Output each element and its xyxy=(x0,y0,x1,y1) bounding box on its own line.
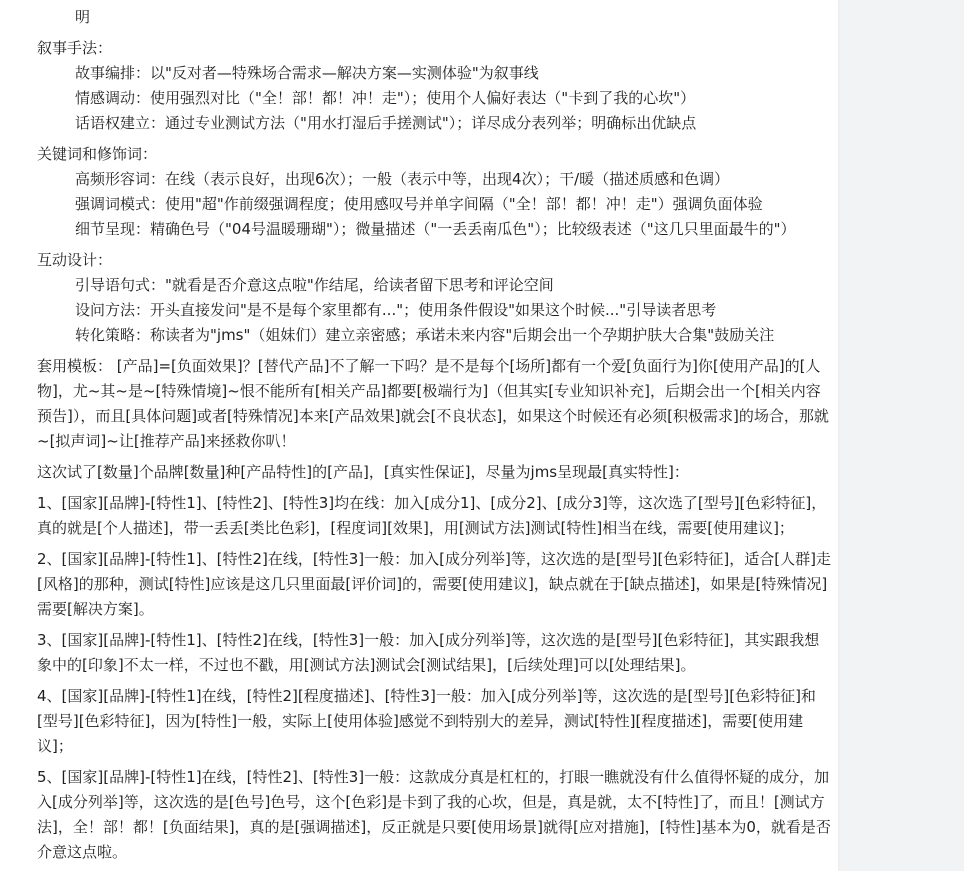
list-item-3: 3、[国家][品牌]-[特性1]、[特性2]在线，[特性3]一般：加入[成分列举… xyxy=(37,628,831,678)
section-item: 细节呈现：精确色号（"04号温暖珊瑚"）；微量描述（"一丢丢南瓜色"）；比较级表… xyxy=(37,217,831,242)
section-item: 情感调动：使用强烈对比（"全！部！都！冲！走"）；使用个人偏好表达（"卡到了我的… xyxy=(37,86,831,111)
list-item-2: 2、[国家][品牌]-[特性1]、[特性2]在线，[特性3]一般：加入[成分列举… xyxy=(37,547,831,622)
section-item: 故事编排：以"反对者—特殊场合需求—解决方案—实测体验"为叙事线 xyxy=(37,61,831,86)
paragraph-template: 套用模板： [产品]=[负面效果]？[替代产品]不了解一下吗？是不是每个[场所]… xyxy=(37,354,831,454)
section-interaction-design: 互动设计： 引导语句式："就看是否介意这点啦"作结尾，给读者留下思考和评论空间 … xyxy=(37,248,831,348)
section-item: 引导语句式："就看是否介意这点啦"作结尾，给读者留下思考和评论空间 xyxy=(37,273,831,298)
paragraph-intro: 这次试了[数量]个品牌[数量]种[产品特性]的[产品]，[真实性保证]，尽量为j… xyxy=(37,460,831,485)
section-item: 转化策略：称读者为"jms"（姐妹们）建立亲密感；承诺未来内容"后期会出一个孕期… xyxy=(37,323,831,348)
section-item: 设问方法：开头直接发问"是不是每个家里都有..."；使用条件假设"如果这个时候.… xyxy=(37,298,831,323)
content-panel: 明 叙事手法： 故事编排：以"反对者—特殊场合需求—解决方案—实测体验"为叙事线… xyxy=(0,0,838,871)
overflow-text-line: 明 xyxy=(37,5,831,30)
section-title: 叙事手法： xyxy=(37,36,831,61)
page-background: { "page": { "background": "#f1f3f5", "pa… xyxy=(0,0,964,871)
list-item-4: 4、[国家][品牌]-[特性1]在线，[特性2][程度描述]、[特性3]一般：加… xyxy=(37,684,831,759)
list-item-5: 5、[国家][品牌]-[特性1]在线，[特性2]、[特性3]一般：这款成分真是杠… xyxy=(37,765,831,865)
section-item: 高频形容词：在线（表示良好，出现6次）；一般（表示中等，出现4次）；干/暖（描述… xyxy=(37,167,831,192)
document-body: 明 叙事手法： 故事编排：以"反对者—特殊场合需求—解决方案—实测体验"为叙事线… xyxy=(0,0,838,865)
section-title: 互动设计： xyxy=(37,248,831,273)
section-title: 关键词和修饰词： xyxy=(37,142,831,167)
section-narrative-techniques: 叙事手法： 故事编排：以"反对者—特殊场合需求—解决方案—实测体验"为叙事线 情… xyxy=(37,36,831,136)
section-item: 强调词模式：使用"超"作前缀强调程度；使用感叹号并单字间隔（"全！部！都！冲！走… xyxy=(37,192,831,217)
list-item-1: 1、[国家][品牌]-[特性1]、[特性2]、[特性3]均在线：加入[成分1]、… xyxy=(37,491,831,541)
section-item: 话语权建立：通过专业测试方法（"用水打湿后手搓测试"）；详尽成分表列举；明确标出… xyxy=(37,111,831,136)
section-keywords-modifiers: 关键词和修饰词： 高频形容词：在线（表示良好，出现6次）；一般（表示中等，出现4… xyxy=(37,142,831,242)
